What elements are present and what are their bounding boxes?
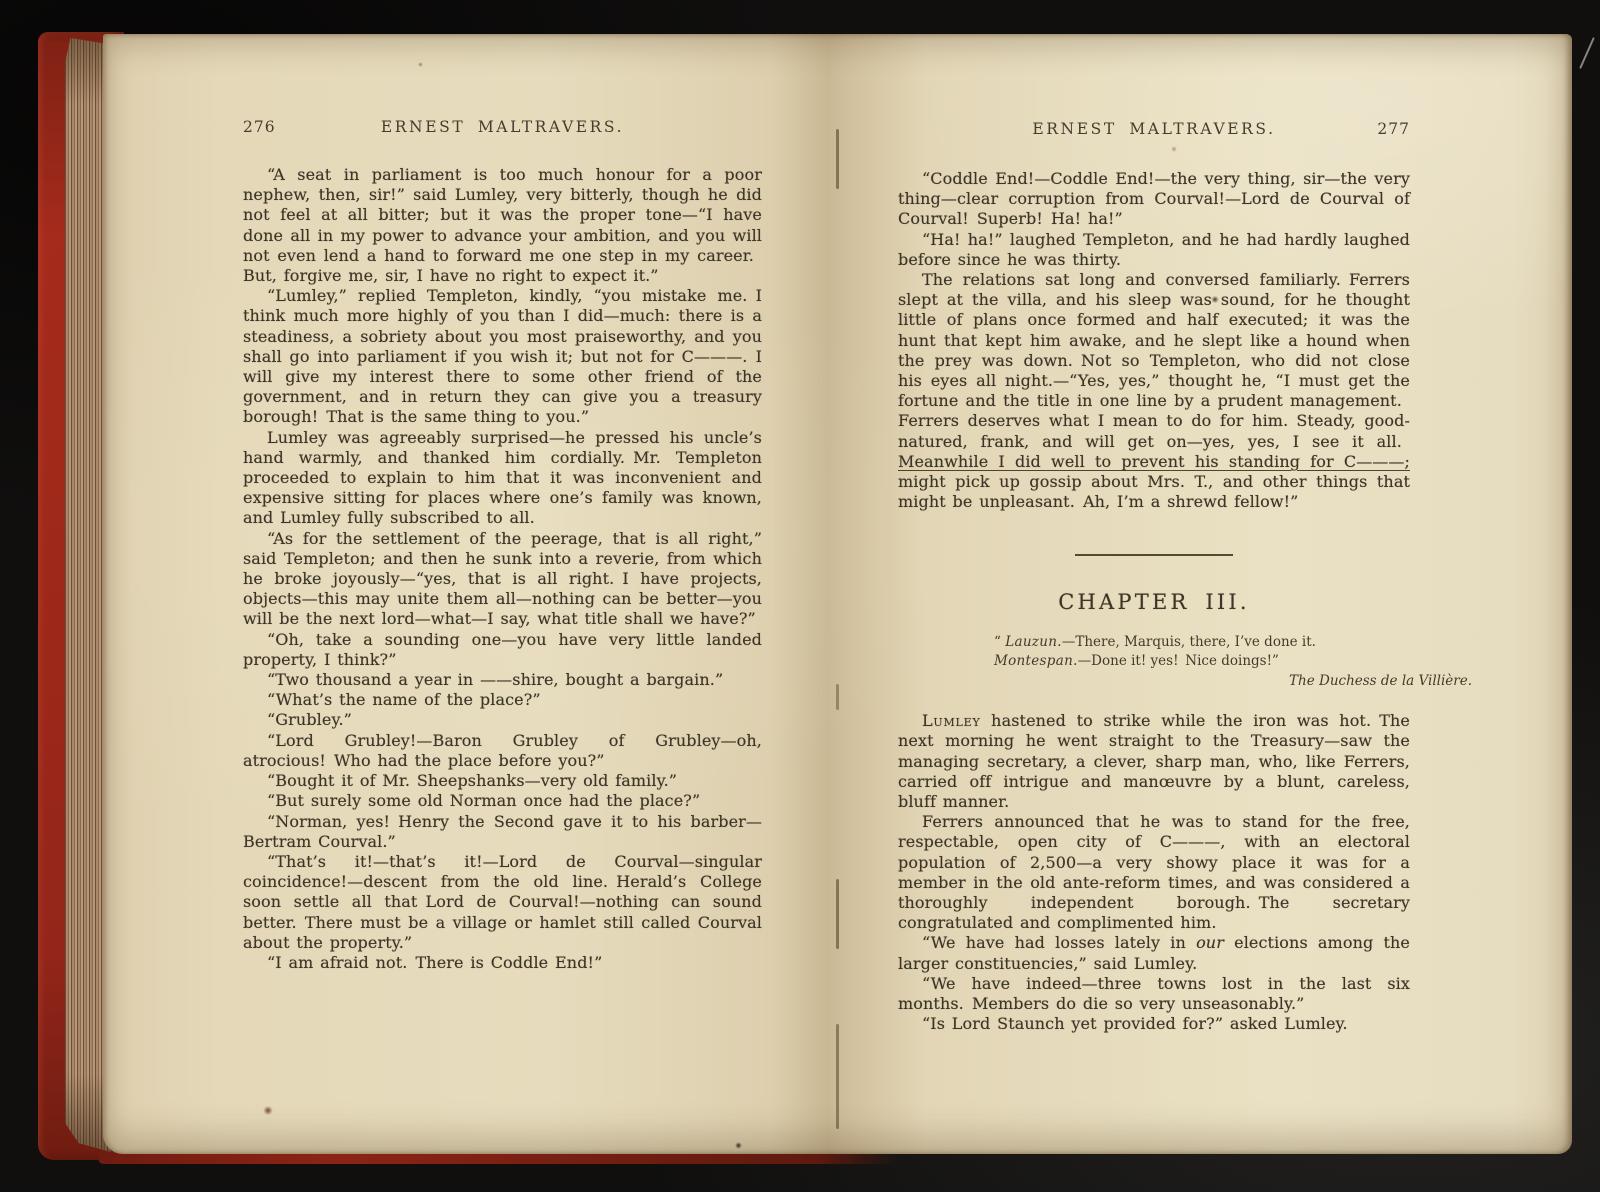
paragraph: “Two thousand a year in ——shire, bought … bbox=[243, 670, 762, 690]
paragraph: “Grubley.” bbox=[243, 710, 762, 730]
italic-word: our bbox=[1196, 933, 1224, 952]
gutter-crease-mark bbox=[836, 684, 839, 710]
paragraph: “What’s the name of the place?” bbox=[243, 690, 762, 710]
paragraph: Ferrers announced that he was to stand f… bbox=[898, 812, 1410, 933]
running-header: ERNEST MALTRAVERS. bbox=[381, 118, 624, 136]
paragraph: The relations sat long and conversed fam… bbox=[898, 270, 1410, 512]
paragraph: “Is Lord Staunch yet provided for?” aske… bbox=[898, 1014, 1410, 1034]
page-spread: 276 ERNEST MALTRAVERS. “A seat in parlia… bbox=[103, 34, 1572, 1154]
paragraph: Lumley hastened to strike while the iron… bbox=[898, 711, 1410, 812]
speaker-name: Montespan. bbox=[994, 653, 1078, 669]
paragraph: “That’s it!—that’s it!—Lord de Courval—s… bbox=[243, 852, 762, 953]
gutter-crease-mark bbox=[836, 129, 839, 189]
dust-fiber bbox=[1579, 37, 1595, 69]
paragraph: “Coddle End!—Coddle End!—the very thing,… bbox=[898, 169, 1410, 230]
paragraph: “Bought it of Mr. Sheepshanks—very old f… bbox=[243, 771, 762, 791]
paragraph: “Lord Grubley!—Baron Grubley of Grubley—… bbox=[243, 731, 762, 771]
gutter-crease-mark bbox=[836, 879, 839, 949]
page-number: 277 bbox=[1377, 120, 1410, 138]
foxing-spot bbox=[418, 62, 423, 67]
gutter-crease-mark bbox=[836, 1024, 839, 1129]
page-number: 276 bbox=[243, 118, 276, 136]
page-276: 276 ERNEST MALTRAVERS. “A seat in parlia… bbox=[103, 34, 832, 1154]
paragraph: “I am afraid not. There is Coddle End!” bbox=[243, 953, 762, 973]
chapter-heading: CHAPTER III. bbox=[898, 592, 1410, 612]
paragraph-text: The relations sat long and conversed fam… bbox=[898, 270, 1410, 451]
epigraph-line: Montespan.—Done it! yes! Nice doings!” bbox=[994, 652, 1410, 672]
paragraph: “We have had losses lately in our electi… bbox=[898, 933, 1410, 973]
page-277: ERNEST MALTRAVERS. 277 “Coddle End!—Codd… bbox=[832, 34, 1572, 1154]
epigraph-text: —There, Marquis, there, I’ve done it. bbox=[1062, 634, 1316, 650]
open-book: 276 ERNEST MALTRAVERS. “A seat in parlia… bbox=[38, 28, 1572, 1164]
epigraph-text: —Done it! yes! Nice doings!” bbox=[1078, 653, 1279, 669]
foxing-spot bbox=[263, 1106, 273, 1115]
page-277-text-block: “Coddle End!—Coddle End!—the very thing,… bbox=[898, 169, 1410, 1034]
paragraph: “We have indeed—three towns lost in the … bbox=[898, 974, 1410, 1014]
paragraph-text: might pick up gossip about Mrs. T., and … bbox=[898, 472, 1410, 511]
epigraph-line: “ Lauzun.—There, Marquis, there, I’ve do… bbox=[994, 633, 1410, 653]
paragraph: “A seat in parliament is too much honour… bbox=[243, 165, 762, 286]
chapter-divider-rule bbox=[1075, 554, 1233, 556]
foxing-spot bbox=[1171, 146, 1177, 152]
page-header: 276 ERNEST MALTRAVERS. bbox=[243, 118, 762, 136]
speaker-name: Lauzun. bbox=[1005, 634, 1062, 650]
open-quote: “ bbox=[994, 634, 1005, 650]
page-276-text-block: “A seat in parliament is too much honour… bbox=[243, 165, 762, 973]
ink-speck bbox=[735, 1142, 742, 1149]
paragraph: “Norman, yes! Henry the Second gave it t… bbox=[243, 812, 762, 852]
chapter-epigraph: “ Lauzun.—There, Marquis, there, I’ve do… bbox=[994, 633, 1410, 692]
paragraph: Lumley was agreeably surprised—he presse… bbox=[243, 428, 762, 529]
paragraph: “As for the settlement of the peerage, t… bbox=[243, 529, 762, 630]
paragraph: “Oh, take a sounding one—you have very l… bbox=[243, 630, 762, 670]
epigraph-attribution: The Duchess de la Villière. bbox=[994, 672, 1472, 692]
underlined-sentence: Meanwhile I did well to prevent his stan… bbox=[898, 452, 1410, 471]
paragraph-text: “We have had losses lately in bbox=[922, 933, 1196, 952]
page-header: ERNEST MALTRAVERS. 277 bbox=[898, 120, 1410, 138]
paragraph: “Lumley,” replied Templeton, kindly, “yo… bbox=[243, 286, 762, 427]
small-caps-lead: Lumley bbox=[922, 711, 981, 730]
paragraph: “But surely some old Norman once had the… bbox=[243, 791, 762, 811]
photo-background: 276 ERNEST MALTRAVERS. “A seat in parlia… bbox=[0, 0, 1600, 1192]
running-header: ERNEST MALTRAVERS. bbox=[1032, 120, 1275, 138]
ink-speck bbox=[1211, 296, 1219, 303]
paragraph: “Ha! ha!” laughed Templeton, and he had … bbox=[898, 230, 1410, 270]
